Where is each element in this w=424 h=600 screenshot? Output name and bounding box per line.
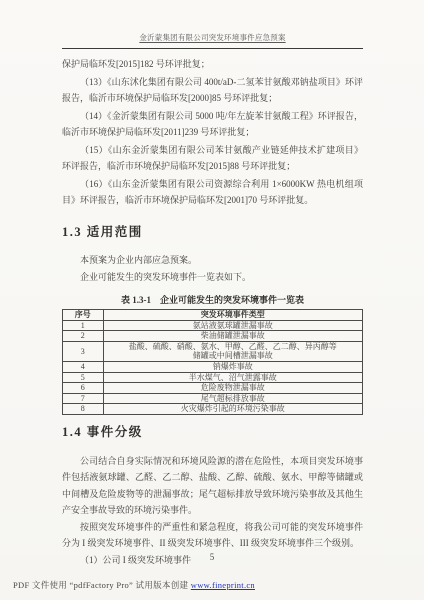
section-heading-1-4: 1.4 事件分级 (62, 422, 363, 440)
table-cell: 半水煤气、沼气泄露事故 (103, 372, 363, 383)
table-header-row: 序号 突发环境事件类型 (63, 310, 363, 321)
watermark-text: PDF 文件使用 “pdfFactory Pro” 试用版本创建 (13, 580, 191, 590)
fineprint-link[interactable]: www.fineprint.cn (191, 580, 255, 590)
table-cell: 5 (63, 372, 104, 383)
paragraph: 保护局临环发[2015]182 号环评批复； (62, 56, 363, 72)
paragraph: （15）《山东金沂蒙集团有限公司苯甘氨酸产业链延伸技术扩建项目》环评报告，临沂市… (62, 142, 363, 174)
page-number: 5 (0, 552, 424, 562)
section-heading-1-3: 1.3 适用范围 (62, 222, 363, 240)
table-header-cell: 序号 (63, 310, 104, 321)
table-cell: 8 (63, 404, 104, 415)
paragraph: （13）《山东沭化集团有限公司 400t/aD-二氢苯甘氨酸邓钠盐项目》环评报告… (62, 74, 363, 106)
table-row: 7 尾气超标排放事故 (63, 393, 363, 404)
approval-list-block: 保护局临环发[2015]182 号环评批复； （13）《山东沭化集团有限公司 4… (62, 56, 363, 208)
table-row: 4 钠爆炸事故 (63, 361, 363, 372)
document-page: 金沂蒙集团有限公司突发环境事件应急预案 保护局临环发[2015]182 号环评批… (0, 0, 424, 600)
page-header: 金沂蒙集团有限公司突发环境事件应急预案 (62, 0, 363, 49)
table-cell: 4 (63, 361, 104, 372)
table-header-cell: 突发环境事件类型 (103, 310, 363, 321)
table-cell: 火灾爆炸引起的环境污染事故 (103, 404, 363, 415)
paragraph: 公司结合自身实际情况和环境风险源的潜在危险性，本项目突发环境事件包括液氨球罐、乙… (62, 453, 363, 519)
pdf-watermark: PDF 文件使用 “pdfFactory Pro” 试用版本创建 www.fin… (13, 579, 255, 591)
paragraph: 按照突发环境事件的严重性和紧急程度，将我公司可能的突发环境事件分为 I 级突发环… (62, 519, 363, 552)
table-row: 1 氨站液氨球罐泄漏事故 (63, 320, 363, 331)
table-cell: 2 (63, 331, 104, 342)
page-content: 金沂蒙集团有限公司突发环境事件应急预案 保护局临环发[2015]182 号环评批… (62, 0, 363, 568)
table-cell: 氨站液氨球罐泄漏事故 (103, 320, 363, 331)
table-cell: 6 (63, 383, 104, 394)
table-cell: 危险废物泄漏事故 (103, 383, 363, 394)
table-cell: 7 (63, 393, 104, 404)
paragraph: （16）《山东金沂蒙集团有限公司资源综合利用 1×6000KW 热电机组项目》环… (62, 176, 363, 208)
paragraph: 本预案为企业内部应急预案。 (62, 252, 363, 269)
paragraph: （14）《金沂蒙集团有限公司 5000 吨/年左旋苯甘氨酸工程》环评报告，临沂市… (62, 108, 363, 140)
header-title: 金沂蒙集团有限公司突发环境事件应急预案 (139, 33, 285, 42)
table-cell: 1 (63, 320, 104, 331)
table-row: 3 盐酸、硫酸、硝酸、氨水、甲醇、乙醛、乙二醇、异丙醇等 储罐或中间槽泄漏事故 (63, 341, 363, 361)
table-row: 5 半水煤气、沼气泄露事故 (63, 372, 363, 383)
table-row: 8 火灾爆炸引起的环境污染事故 (63, 404, 363, 415)
table-cell: 3 (63, 341, 104, 361)
table-row: 2 柴油储罐泄漏事故 (63, 331, 363, 342)
paragraph: 企业可能发生的突发环境事件一览表如下。 (62, 269, 363, 286)
table-cell: 尾气超标排放事故 (103, 393, 363, 404)
events-table: 序号 突发环境事件类型 1 氨站液氨球罐泄漏事故 2 柴油储罐泄漏事故 3 盐酸… (62, 309, 363, 415)
table-cell: 柴油储罐泄漏事故 (103, 331, 363, 342)
table-row: 6 危险废物泄漏事故 (63, 383, 363, 394)
section-1-3-body: 本预案为企业内部应急预案。 企业可能发生的突发环境事件一览表如下。 (62, 252, 363, 286)
table-cell: 钠爆炸事故 (103, 361, 363, 372)
table-cell: 盐酸、硫酸、硝酸、氨水、甲醇、乙醛、乙二醇、异丙醇等 储罐或中间槽泄漏事故 (103, 341, 363, 361)
table-caption: 表 1.3-1 企业可能发生的突发环境事件一览表 (62, 293, 363, 306)
